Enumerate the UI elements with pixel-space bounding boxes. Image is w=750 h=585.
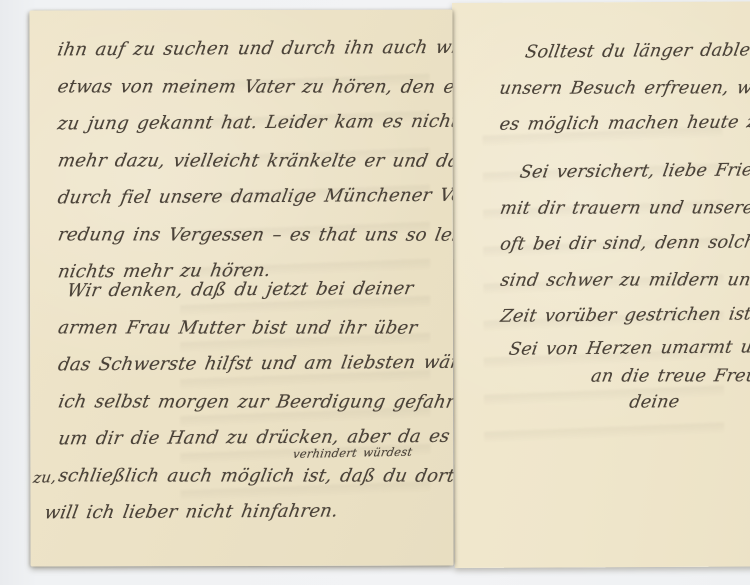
handwritten-line: durch fiel unsere damalige Münchener Ver… xyxy=(55,177,454,217)
handwritten-line: schließlich auch möglich ist, daß du dor… xyxy=(55,457,453,494)
signature-line: deine xyxy=(498,388,750,418)
handwritten-line: an die treue Freund, xyxy=(498,363,750,391)
handwritten-line: armen Frau Mutter bist und ihr über xyxy=(55,309,453,346)
handwritten-line: ich selbst morgen zur Beerdigung gefahre… xyxy=(55,383,453,420)
handwritten-line: redung ins Vergessen – es that uns so le… xyxy=(55,216,454,253)
margin-catchword: zu, xyxy=(32,468,58,487)
handwritten-line: unsern Besuch erfreuen, würde xyxy=(497,70,750,107)
closing-block: Sei von Herzen umarmt und an die treue F… xyxy=(498,335,750,418)
left-paragraph-2: Wir denken, daß du jetzt bei deiner arme… xyxy=(55,272,450,532)
handwritten-line: etwas von meinem Vater zu hören, den er xyxy=(55,68,454,105)
handwritten-line: oft bei dir sind, denn solche xyxy=(497,224,750,263)
handwritten-line: sind schwer zu mildern und m xyxy=(497,262,750,299)
letter-page-left: ihn auf zu suchen und durch ihn auch wie… xyxy=(29,10,453,567)
handwritten-line: Sei von Herzen umarmt und xyxy=(498,334,750,364)
handwritten-line: Sei versichert, liebe Frieda, daß xyxy=(497,152,750,191)
handwritten-line: das Schwerste hilfst und am liebsten wär… xyxy=(55,344,453,384)
handwritten-line: will ich lieber nicht hinfahren. xyxy=(42,492,454,532)
interlinear-insertion: verhindert würdest xyxy=(292,445,413,461)
handwritten-line: mit dir trauern und unsere xyxy=(497,190,750,227)
left-paragraph-1: ihn auf zu suchen und durch ihn auch wie… xyxy=(54,31,449,291)
handwritten-line: es möglich machen heute zu xyxy=(497,104,750,143)
handwritten-line: Wir denken, daß du jetzt bei deiner xyxy=(55,270,454,310)
handwritten-line: zu jung gekannt hat. Leider kam es nicht xyxy=(55,103,454,143)
handwritten-line: mehr dazu, vielleicht kränkelte er und d… xyxy=(55,142,454,179)
letter-scan: ihn auf zu suchen und durch ihn auch wie… xyxy=(0,0,750,585)
handwritten-line: Zeit vorüber gestrichen ist, lassen xyxy=(498,296,750,335)
letter-page-right: Solltest du länger dablei unsern Besuch … xyxy=(452,1,750,568)
handwritten-line: ihn auf zu suchen und durch ihn auch wie… xyxy=(55,29,454,69)
right-paragraph-2: Sei versichert, liebe Frieda, daß mit di… xyxy=(497,153,750,335)
right-paragraph-1: Solltest du länger dablei unsern Besuch … xyxy=(496,33,750,143)
handwritten-line: Solltest du länger dablei xyxy=(496,32,750,71)
